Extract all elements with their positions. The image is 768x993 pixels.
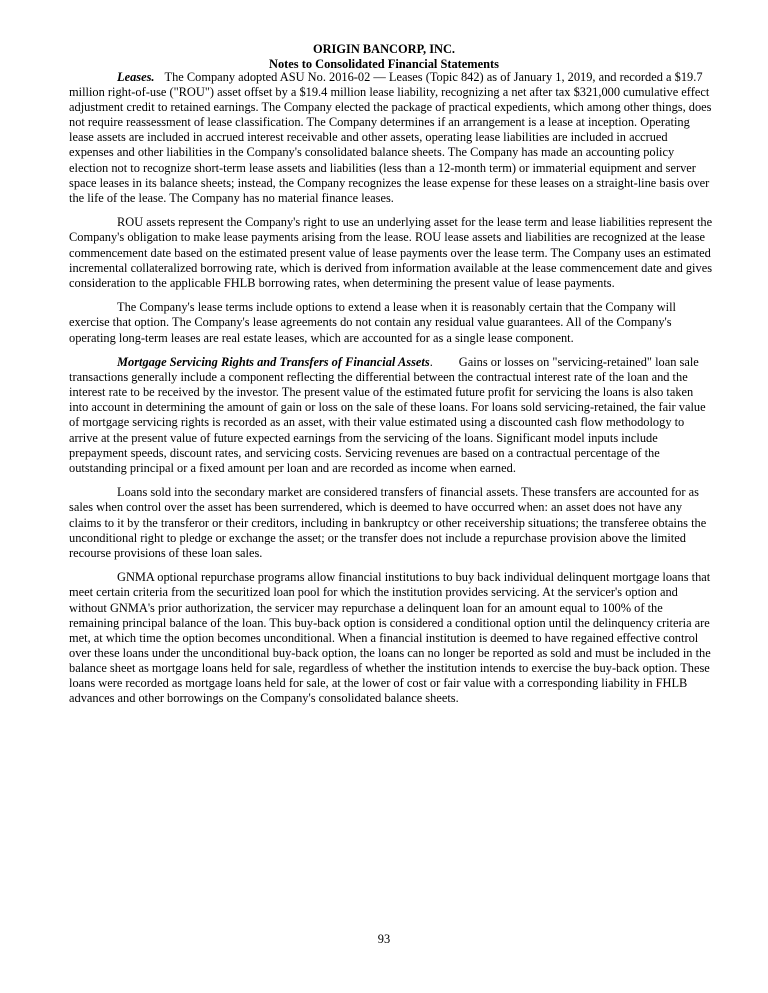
- msr-paragraph-2: Loans sold into the secondary market are…: [69, 485, 715, 560]
- page-number: 93: [0, 932, 768, 947]
- leases-paragraph-2: ROU assets represent the Company's right…: [69, 215, 715, 290]
- msr-paragraph-3: GNMA optional repurchase programs allow …: [69, 570, 715, 706]
- company-name: ORIGIN BANCORP, INC.: [0, 42, 768, 57]
- leases-paragraph-3: The Company's lease terms include option…: [69, 300, 715, 345]
- msr-paragraph-1: Mortgage Servicing Rights and Transfers …: [69, 355, 715, 476]
- msr-heading: Mortgage Servicing Rights and Transfers …: [117, 355, 430, 369]
- leases-paragraph-1: Leases.The Company adopted ASU No. 2016-…: [69, 70, 715, 206]
- document-body: Leases.The Company adopted ASU No. 2016-…: [69, 70, 715, 716]
- page-header: ORIGIN BANCORP, INC. Notes to Consolidat…: [0, 42, 768, 72]
- leases-heading: Leases.: [117, 70, 155, 84]
